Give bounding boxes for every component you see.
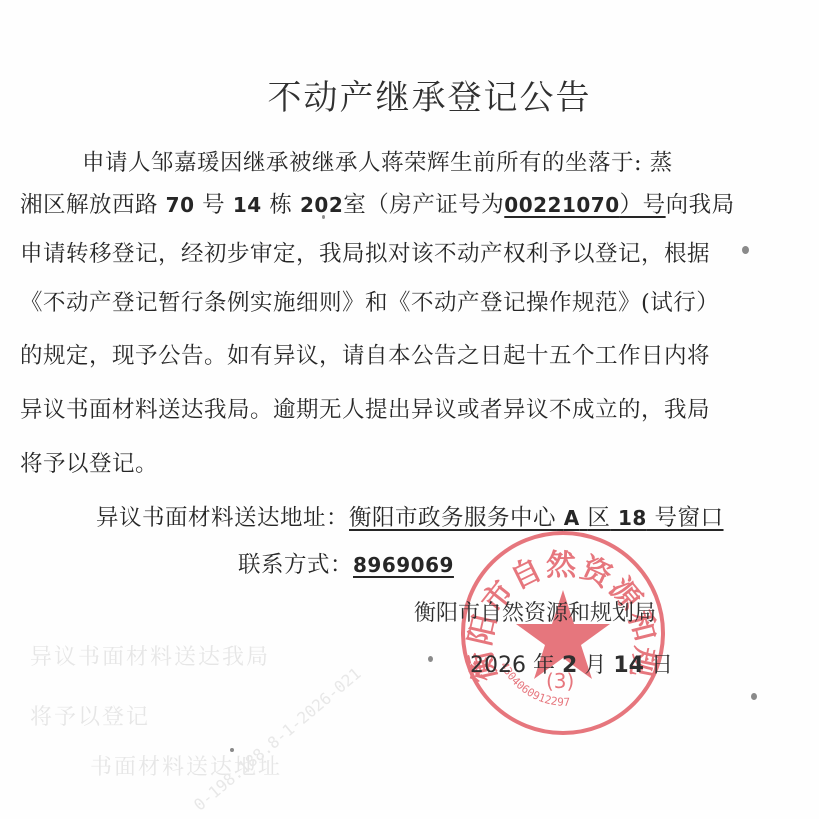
body-text: 栋 <box>269 192 292 218</box>
scan-speck <box>428 656 433 662</box>
date-year: 2026 <box>470 653 526 678</box>
date-month: 2 <box>562 653 577 678</box>
body-text: 向我局 <box>666 192 735 218</box>
address-label: 异议书面材料送达地址： <box>96 505 349 531</box>
date-text: 月 <box>584 653 606 678</box>
body-text: ）号 <box>620 192 666 218</box>
notice-page: 异议书面材料送达我局 将予以登记 书面材料送达地址 0-198.188.8-1-… <box>0 0 819 819</box>
address-window-number: 18 <box>618 506 647 530</box>
room-number: 202 <box>300 193 343 217</box>
body-text: 《不动产登记暂行条例实施细则》和《不动产登记操作规范》(试行） <box>20 290 719 316</box>
issue-date: 2026 年 2 月 14 日 <box>470 648 673 679</box>
body-line-3: 申请转移登记，经初步审定，我局拟对该不动产权利予以登记，根据 <box>20 236 710 268</box>
scan-speck <box>230 748 234 752</box>
date-text: 年 <box>533 653 555 678</box>
scan-speck <box>742 246 749 254</box>
body-line-2: 湘区解放西路 70 号 14 栋 202室（房产证号为00221070）号向我局 <box>20 187 735 219</box>
body-text: 申请人邹嘉瑗因继承被继承人蒋荣辉生前所有的坐落于: 蒸 <box>82 150 673 176</box>
certificate-number-underlined: 00221070）号 <box>504 192 665 218</box>
body-line-1: 申请人邹嘉瑗因继承被继承人蒋荣辉生前所有的坐落于: 蒸 <box>82 145 673 177</box>
date-day: 14 <box>613 653 644 678</box>
bleed-through-text: 将予以登记 <box>30 700 150 731</box>
body-text: 的规定，现予公告。如有异议，请自本公告之日起十五个工作日内将 <box>20 343 710 369</box>
building-number: 14 <box>233 193 262 217</box>
date-text: 日 <box>651 653 673 678</box>
scan-speck <box>751 693 757 700</box>
bleed-through-text: 异议书面材料送达我局 <box>30 640 270 671</box>
contact-info: 联系方式：8969069 <box>238 547 454 579</box>
contact-phone: 8969069 <box>353 553 454 577</box>
official-seal-stamp: 衡阳市自然资源和规划局 (3) 4304060912297 <box>458 528 668 738</box>
body-text: 申请转移登记，经初步审定，我局拟对该不动产权利予以登记，根据 <box>20 241 710 267</box>
certificate-number: 00221070 <box>504 193 619 217</box>
bleed-through-diagonal: 0-198.188.8-1-2026-021 <box>190 664 365 815</box>
body-line-7: 将予以登记。 <box>20 446 158 478</box>
body-line-5: 的规定，现予公告。如有异议，请自本公告之日起十五个工作日内将 <box>20 338 710 370</box>
body-text: 湘区解放西路 <box>20 192 158 218</box>
road-number: 70 <box>166 193 195 217</box>
notice-title: 不动产继承登记公告 <box>0 70 819 119</box>
body-text: 异议书面材料送达我局。逾期无人提出异议或者异议不成立的，我局 <box>20 397 710 423</box>
issuer-name: 衡阳市自然资源和规划局 <box>414 596 656 627</box>
body-text: 号 <box>202 192 225 218</box>
body-line-6: 异议书面材料送达我局。逾期无人提出异议或者异议不成立的，我局 <box>20 392 710 424</box>
address-zone: A <box>564 506 580 530</box>
body-line-4: 《不动产登记暂行条例实施细则》和《不动产登记操作规范》(试行） <box>20 285 719 317</box>
contact-label: 联系方式： <box>238 552 353 578</box>
body-text: 室（房产证号为 <box>343 192 504 218</box>
body-text: 将予以登记。 <box>20 451 158 477</box>
